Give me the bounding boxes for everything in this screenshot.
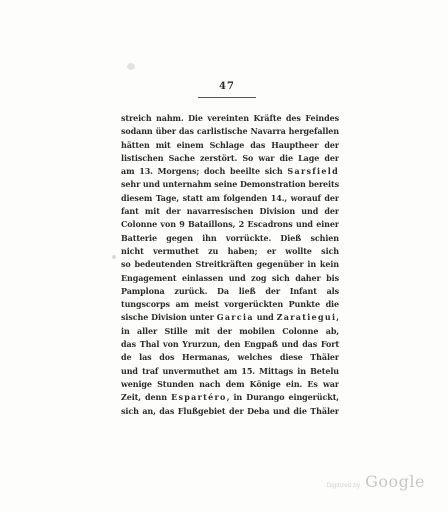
text-segment: in aller Stille mit der mobilen Colonne … [121,326,339,338]
text-line: sehr und unternahm seine Demonstration b… [121,178,339,191]
text-line: Zeit, denn Espartéro, in Durango eingerü… [121,391,339,404]
text-segment: so bedeutenden Streitkräften gegenüber i… [121,259,339,271]
person-name: Garcia [217,312,254,322]
watermark-prefix: Digitized by [327,482,361,489]
text-line: Batterie gegen ihn vorrückte. Dieß schie… [121,232,339,245]
header-rule [198,97,256,98]
google-logo: Google [365,472,425,491]
text-line: hätten mit einem Schlage das Hauptheer d… [121,139,339,152]
text-line: in aller Stille mit der mobilen Colonne … [121,325,339,338]
text-segment: sehr und unternahm seine Demonstration b… [121,179,339,191]
person-name: Zaratiegui [277,312,337,322]
text-segment: wenige Stunden nach dem Könige ein. Es w… [121,379,339,391]
text-segment: de las dos Hermanas, welches diese Thäle… [121,352,339,364]
text-line: sodann über das carlistische Navarra her… [121,125,339,138]
text-segment: das Thal von Yrurzun, den Engpaß und das… [121,339,339,349]
page-header: 47 [118,81,336,98]
text-segment: streich nahm. Die vereinten Kräfte des F… [121,113,339,125]
scan-smudge [127,63,135,70]
text-segment: listischen Sache zerstört. So war die La… [121,153,339,165]
scan-speck [112,255,116,259]
text-line: am 13. Morgens; doch beeilte sich Sarsfi… [121,165,339,178]
book-page-scan: 47 streich nahm. Die vereinten Kräfte de… [0,0,448,512]
text-segment: und [254,312,277,322]
text-line: nicht vermuthet zu haben; er wollte sich… [121,245,339,258]
text-line: streich nahm. Die vereinten Kräfte des F… [121,112,339,125]
text-segment: tungscorps am meist vorgerückten Punkte … [121,299,339,311]
text-segment: Pamplona zurück. Da ließ der Infant als … [121,286,339,298]
text-line: sich an, das Flußgebiet der Deba und die… [121,405,339,418]
text-line: sische Division unter Garcia und Zaratie… [121,311,339,324]
text-segment: Engagement einlassen und zog sich daher … [121,273,339,285]
text-line: Pamplona zurück. Da ließ der Infant als … [121,285,339,298]
text-segment: Zeit, denn [121,392,171,402]
text-line: tungscorps am meist vorgerückten Punkte … [121,298,339,311]
text-line: das Thal von Yrurzun, den Engpaß und das… [121,338,339,351]
page-number: 47 [118,81,336,93]
text-line: Engagement einlassen und zog sich daher … [121,272,339,285]
text-segment: sische Division unter [121,312,217,322]
text-segment: Colonne von 9 Bataillons, 2 Escadrons un… [121,219,339,229]
body-text: streich nahm. Die vereinten Kräfte des F… [121,112,339,418]
text-segment: und traf unvermuthet am 15. Mittags in B… [121,366,339,376]
text-line: und traf unvermuthet am 15. Mittags in B… [121,365,339,378]
text-segment: fant mit der navarresischen Division und… [121,206,339,218]
text-segment: am 13. Morgens; doch beeilte sich [121,166,287,176]
text-segment: sodann über das carlistische Navarra her… [121,126,339,138]
text-line: de las dos Hermanas, welches diese Thäle… [121,351,339,364]
text-line: wenige Stunden nach dem Könige ein. Es w… [121,378,339,391]
text-line: diesem Tage, statt am folgenden 14., wor… [121,192,339,205]
person-name: Sarsfield [287,166,339,176]
text-line: Colonne von 9 Bataillons, 2 Escadrons un… [121,218,339,231]
text-line: listischen Sache zerstört. So war die La… [121,152,339,165]
text-segment: nicht vermuthet zu haben; er wollte sich… [121,246,339,258]
text-line: fant mit der navarresischen Division und… [121,205,339,218]
watermark: Digitized by Google [327,472,425,491]
text-segment: sich an, das Flußgebiet der Deba und die… [121,406,339,418]
person-name: Espartéro [171,392,227,402]
text-segment: Batterie gegen ihn vorrückte. Dieß schie… [121,233,339,243]
text-segment: hätten mit einem Schlage das Hauptheer d… [121,140,339,152]
text-segment: diesem Tage, statt am folgenden 14., wor… [121,193,339,205]
text-line: so bedeutenden Streitkräften gegenüber i… [121,258,339,271]
